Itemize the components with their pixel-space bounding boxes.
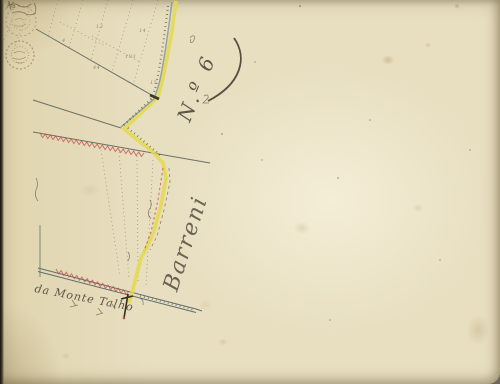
embankment-hatching	[40, 133, 144, 295]
parcel-number: 14	[139, 28, 146, 34]
scan-edge-left	[0, 0, 4, 384]
corner-note-label: №	[5, 0, 16, 12]
map-linework	[0, 0, 500, 384]
parcel-number: 4	[62, 38, 66, 44]
parcel-number: 44	[93, 65, 100, 71]
parcel-boundaries-lower	[101, 150, 153, 286]
parcel-number: 15	[150, 80, 157, 86]
paper-specks	[221, 5, 471, 321]
ink-stamp-lower	[6, 41, 34, 69]
parcel-number: 193	[125, 54, 136, 60]
scanned-map-sheet: N.º 6 Barreni da Monte Talho № 13 14 193…	[0, 0, 500, 384]
parcel-number: 13	[96, 24, 103, 30]
parcel-boundaries-upper	[2, 0, 158, 85]
